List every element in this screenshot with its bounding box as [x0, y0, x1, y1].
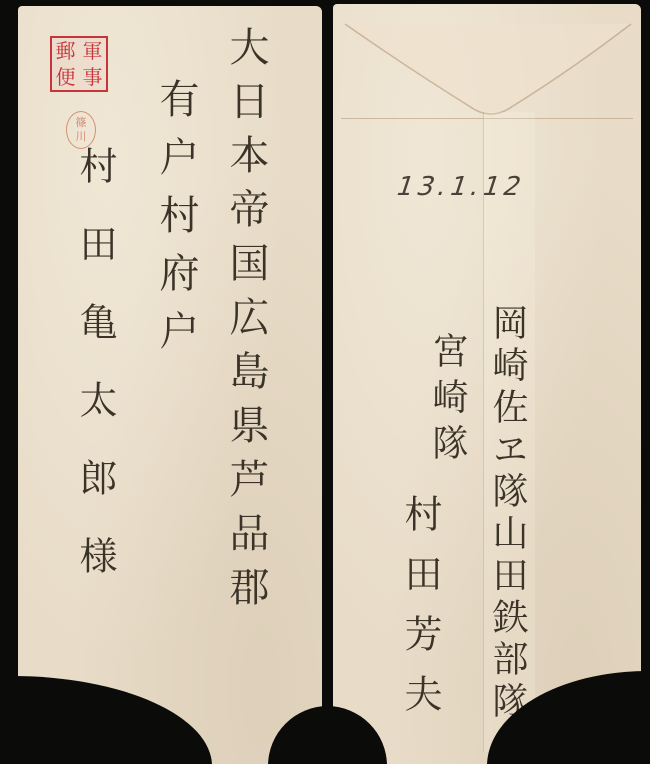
- stamp-char: 便: [52, 64, 79, 90]
- flap-outline: [341, 10, 633, 126]
- envelope-back: 13.1.12 岡崎佐ヱ隊山田鉄部隊 宮崎隊 村田芳夫 一: [333, 4, 641, 764]
- stamp-char: 軍: [79, 38, 106, 64]
- date-note: 13.1.12: [392, 172, 529, 202]
- sender-name: 村田芳夫: [395, 494, 445, 734]
- stamp-char: 郵: [52, 38, 79, 64]
- torn-edge: [327, 706, 387, 764]
- address-line-2: 有户村府户: [150, 78, 202, 368]
- sender-subunit: 宮崎隊: [423, 332, 471, 470]
- envelope-front: 軍 事 郵 便 篠 川 大日本帝国広島県芦品郡 有户村府户 村田亀太郎様: [18, 6, 322, 764]
- torn-edge: [268, 706, 328, 764]
- oval-seal: 篠 川: [66, 111, 96, 149]
- seal-char: 篠: [76, 116, 87, 130]
- seal-char: 川: [76, 130, 87, 144]
- torn-edge: [12, 676, 212, 764]
- military-mail-stamp: 軍 事 郵 便: [50, 36, 108, 92]
- recipient-name: 村田亀太郎様: [70, 146, 120, 614]
- envelope-flap: [341, 10, 633, 119]
- stamp-char: 事: [79, 64, 106, 90]
- sender-unit: 岡崎佐ヱ隊山田鉄部隊: [483, 304, 531, 724]
- address-line-1: 大日本帝国広島県芦品郡: [220, 26, 272, 764]
